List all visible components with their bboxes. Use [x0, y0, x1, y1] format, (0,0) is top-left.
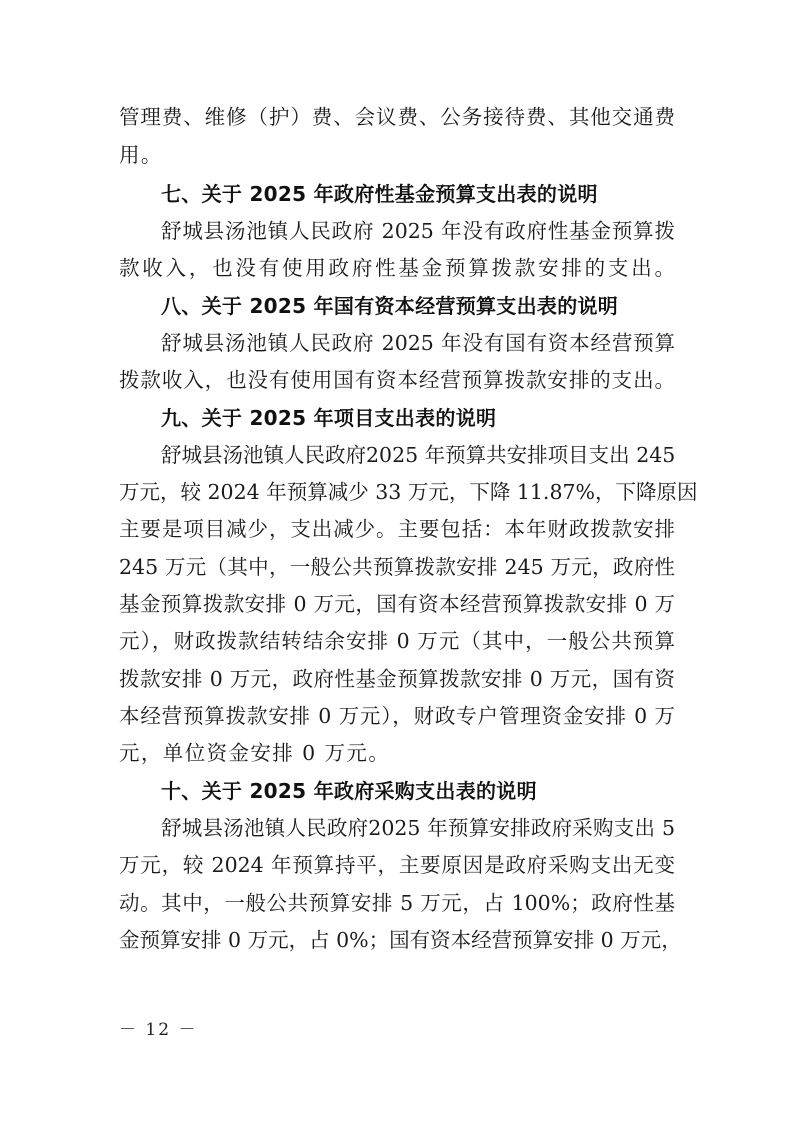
paragraph-line: 管理费、维修（护）费、会议费、公务接待费、其他交通费	[119, 103, 675, 131]
paragraph-line: 舒城县汤池镇人民政府 2025 年没有政府性基金预算拨	[161, 217, 675, 245]
section-heading-8: 八、关于 2025 年国有资本经营预算支出表的说明	[161, 292, 618, 320]
paragraph-line: 245 万元（其中，一般公共预算拨款安排 245 万元，政府性	[119, 553, 675, 581]
paragraph-line: 舒城县汤池镇人民政府2025 年预算共安排项目支出 245	[161, 441, 675, 469]
paragraph-line: 本经营预算拨款安排 0 万元），财政专户管理资金安排 0 万	[119, 702, 675, 730]
paragraph-line: 基金预算拨款安排 0 万元，国有资本经营预算拨款安排 0 万	[119, 590, 675, 618]
document-page: 管理费、维修（护）费、会议费、公务接待费、其他交通费 用。 七、关于 2025 …	[0, 0, 793, 1122]
paragraph-line: 主要是项目减少，支出减少。主要包括：本年财政拨款安排	[119, 515, 675, 543]
paragraph-line: 舒城县汤池镇人民政府 2025 年没有国有资本经营预算	[161, 329, 675, 357]
paragraph-line: 用。	[119, 141, 163, 169]
paragraph-line: 拨款安排 0 万元，政府性基金预算拨款安排 0 万元，国有资	[119, 665, 675, 693]
section-heading-7: 七、关于 2025 年政府性基金预算支出表的说明	[161, 180, 598, 208]
paragraph-line: 万元，较 2024 年预算减少 33 万元，下降 11.87%，下降原因	[119, 478, 675, 506]
paragraph-line: 金预算安排 0 万元，占 0%；国有资本经营预算安排 0 万元，	[119, 926, 675, 954]
paragraph-line: 元，单位资金安排 0 万元。	[119, 739, 390, 767]
paragraph-line: 款收入，也没有使用政府性基金预算拨款安排的支出。	[119, 254, 675, 282]
paragraph-line: 万元，较 2024 年预算持平，主要原因是政府采购支出无变	[119, 851, 675, 879]
paragraph-line: 拨款收入，也没有使用国有资本经营预算拨款安排的支出。	[119, 366, 675, 394]
section-heading-9: 九、关于 2025 年项目支出表的说明	[161, 404, 496, 432]
paragraph-line: 动。其中，一般公共预算安排 5 万元，占 100%；政府性基	[119, 889, 675, 917]
paragraph-line: 舒城县汤池镇人民政府2025 年预算安排政府采购支出 5	[161, 814, 675, 842]
section-heading-10: 十、关于 2025 年政府采购支出表的说明	[161, 777, 537, 805]
paragraph-line: 元），财政拨款结转结余安排 0 万元（其中，一般公共预算	[119, 627, 675, 655]
page-number: － 12 －	[119, 1015, 197, 1040]
